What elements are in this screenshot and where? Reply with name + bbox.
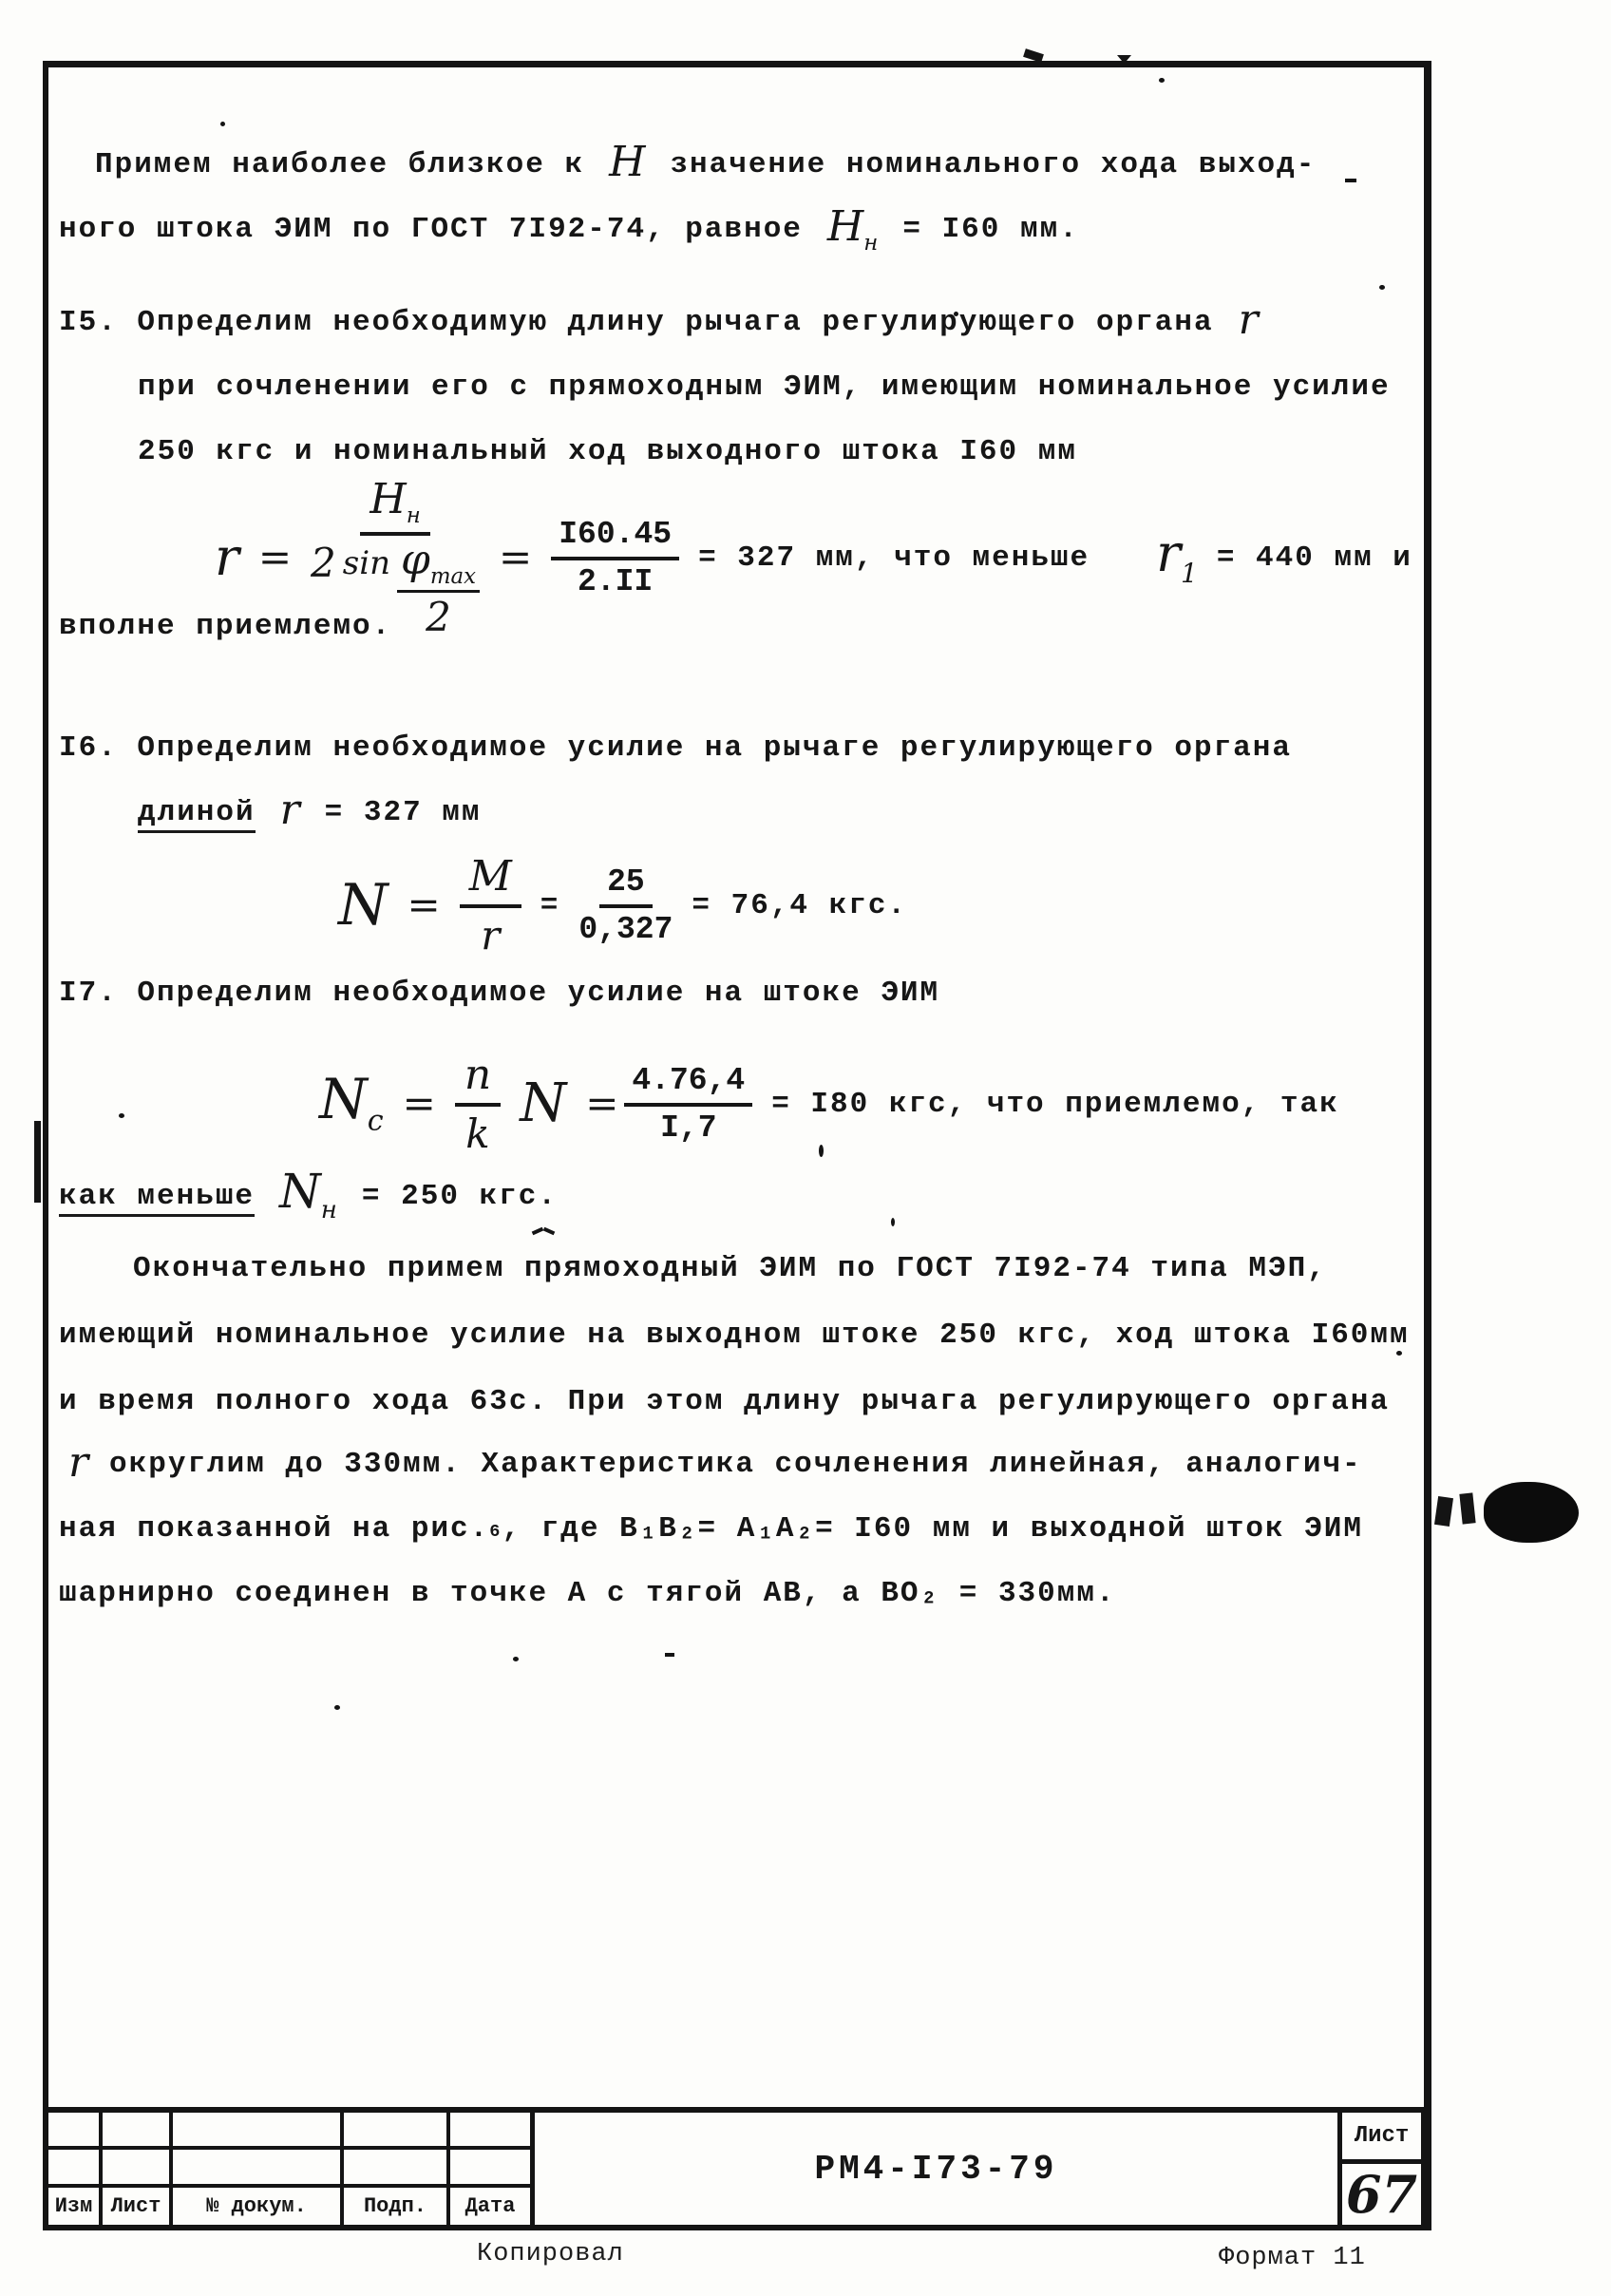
- symbol-r: r: [1156, 523, 1181, 583]
- smudged-letter: [1434, 1496, 1453, 1527]
- closing-line-4: r округлим до 330мм. Характеристика сочл…: [68, 1448, 1362, 1481]
- kopiroval-label: Копировал: [477, 2240, 624, 2268]
- subscript-c: c: [368, 1105, 384, 1138]
- column-header-izm: Изм: [48, 2188, 103, 2225]
- fraction-numerator: I60.45: [551, 517, 679, 560]
- item16-line-2: длиной r = 327 мм: [138, 796, 482, 833]
- scan-speck: [334, 1705, 340, 1710]
- format-label: Формат 11: [1219, 2244, 1366, 2272]
- symbol-N-nominal: Nн: [279, 1191, 337, 1210]
- equals-sign: =: [258, 538, 292, 578]
- document-number-cell: РМ4-I73-79: [535, 2113, 1337, 2225]
- symbol-phi: φ: [401, 536, 430, 584]
- formula16-lhs-N: N: [338, 877, 389, 934]
- item17-text: = 250 кгс.: [362, 1180, 558, 1213]
- frame-right: [1424, 61, 1431, 2230]
- formula15-result: = 327 мм, что меньше: [698, 541, 1090, 575]
- title-block: Изм Лист № докум. Подп. Дата РМ4-I73-79 …: [43, 2107, 1427, 2230]
- item15-line-4: вполне приемлемо.: [59, 610, 391, 643]
- subscript-n: н: [863, 231, 878, 256]
- intro-text: Примем наиболее близкое к: [95, 148, 584, 181]
- subscript-max: max: [430, 564, 476, 589]
- intro-text: ного штока ЭИМ по ГОСТ 7I92-74, равное: [59, 213, 803, 246]
- closing-line-1: Окончательно примем прямоходный ЭИМ по Г…: [133, 1252, 1327, 1285]
- item16-text: длиной: [138, 796, 256, 833]
- item15-line-3: 250 кгс и номинальный ход выходного шток…: [138, 435, 1077, 468]
- fraction-25-over-0327: 25 0,327: [578, 864, 673, 947]
- sheet-cell: Лист 67: [1337, 2113, 1421, 2225]
- fraction-denominator: I,7: [660, 1107, 716, 1146]
- fraction-denominator: 0,327: [578, 908, 673, 947]
- revision-cell: [450, 2150, 530, 2189]
- formula-lever-length: r = Hн 2 sin φmax 2 = I60.45 2.II = 327 …: [215, 486, 1412, 629]
- intro-line-1: Примем наиболее близкое к H значение ном…: [95, 148, 1316, 181]
- symbol-N: N: [520, 1077, 566, 1130]
- fraction-M-over-r: M r: [460, 852, 521, 958]
- scan-speck: [891, 1218, 895, 1226]
- formula15-lhs-r: r: [215, 532, 239, 583]
- denominator-2: 2: [426, 593, 451, 640]
- fraction-denominator: 2.II: [578, 560, 653, 599]
- coefficient-2: 2: [311, 540, 336, 586]
- formula17-lhs-Nc: Nc: [319, 1072, 384, 1136]
- symbol-H-nominal: Hн: [827, 227, 878, 243]
- revision-cell: [450, 2113, 530, 2150]
- scan-mark: [34, 1121, 41, 1203]
- ink-blob: [1484, 1482, 1579, 1543]
- formula-lever-force: N = M r = 25 0,327 = 76,4 кгс.: [338, 844, 907, 967]
- symbol-H: H: [370, 475, 406, 523]
- scanned-document-page: Примем наиболее близкое к H значение ном…: [0, 0, 1611, 2296]
- equals-sign: =: [585, 1084, 618, 1124]
- sheet-number: 67: [1342, 2164, 1421, 2225]
- scan-speck: [665, 1653, 674, 1657]
- item17-line-1: I7. Определим необходимое усилие на шток…: [59, 977, 939, 1010]
- symbol-k: k: [465, 1107, 489, 1157]
- revision-cell: [344, 2150, 450, 2189]
- frame-top: [43, 61, 1430, 67]
- symbol-M: M: [460, 852, 521, 908]
- subscript-n: н: [407, 503, 421, 528]
- symbol-n: n: [455, 1051, 501, 1107]
- revision-cell: [173, 2113, 344, 2150]
- revision-cell: [103, 2113, 173, 2150]
- fraction-n-over-k: n k: [455, 1051, 501, 1157]
- symbol-N: N: [319, 1067, 368, 1131]
- revision-cell: [48, 2113, 103, 2150]
- symbol-r1: r1: [1156, 528, 1198, 587]
- correction-caret: [543, 1227, 556, 1236]
- closing-line-2: имеющий номинальное усилие на выходном ш…: [59, 1319, 1410, 1352]
- fraction-160-45-over-2-11: I60.45 2.II: [551, 517, 679, 599]
- sheet-label: Лист: [1342, 2113, 1421, 2164]
- closing-text: , где В₁В₂= А₁А₂= I60 мм и выходной шток…: [502, 1512, 1363, 1546]
- scan-speck: [1159, 78, 1165, 83]
- closing-text: округлим до 330мм. Характеристика сочлен…: [109, 1448, 1362, 1481]
- revision-table: Изм Лист № докум. Подп. Дата: [48, 2113, 535, 2225]
- closing-line-3: и время полного хода 63с. При этом длину…: [59, 1385, 1390, 1418]
- intro-text: = I60 мм.: [902, 213, 1078, 246]
- revision-cell: [103, 2150, 173, 2189]
- item17-line-2: как меньше Nн = 250 кгс.: [59, 1180, 558, 1217]
- fraction-476-over-17: 4.76,4 I,7: [624, 1063, 752, 1146]
- scan-speck: [1379, 285, 1385, 290]
- symbol-r: r: [481, 908, 500, 958]
- column-header-data: Дата: [450, 2188, 530, 2225]
- document-number: РМ4-I73-79: [814, 2150, 1057, 2189]
- equals-sign: =: [540, 889, 560, 922]
- subscript-1: 1: [1181, 558, 1198, 589]
- scan-speck: [220, 122, 225, 126]
- closing-line-5: ная показанной на рис. 6 , где В₁В₂= А₁А…: [59, 1512, 1363, 1546]
- equals-sign: =: [403, 1084, 436, 1124]
- figure-6-reference: 6: [489, 1522, 502, 1542]
- formula15-tail: = 440 мм и: [1217, 541, 1412, 575]
- column-header-docnum: № докум.: [173, 2188, 344, 2225]
- frame-left: [43, 61, 48, 2230]
- column-header-podp: Подп.: [344, 2188, 450, 2225]
- item15-line-2: при сочленении его с прямоходным ЭИМ, им…: [138, 370, 1391, 404]
- fraction-numerator: Hн: [360, 475, 429, 536]
- sin-function: sin: [343, 544, 390, 582]
- closing-text: ная показанной на рис.: [59, 1512, 489, 1546]
- item15-text: I5. Определим необходимую длину рычага р…: [59, 306, 1214, 339]
- phi-max: φmax: [397, 536, 480, 593]
- fraction-numerator: 4.76,4: [624, 1063, 752, 1107]
- column-header-list: Лист: [103, 2188, 173, 2225]
- revision-cell: [173, 2150, 344, 2189]
- fraction-phi-max-over-2: φmax 2: [397, 536, 480, 640]
- item15-line-1: I5. Определим необходимую длину рычага р…: [59, 306, 1283, 339]
- smudged-letter: [1459, 1492, 1475, 1524]
- scan-speck: [1345, 179, 1356, 182]
- scan-speck: [119, 1113, 124, 1118]
- intro-text: значение номинального хода выход-: [670, 148, 1316, 181]
- equals-sign: =: [407, 885, 441, 925]
- subscript-n: н: [321, 1196, 337, 1224]
- closing-line-6: шарнирно соединен в точке А с тягой АВ, …: [59, 1577, 1116, 1610]
- item17-text: как меньше: [59, 1180, 255, 1217]
- item16-text: = 327 мм: [325, 796, 482, 829]
- fraction-numerator: 25: [599, 864, 653, 908]
- formula17-result: = I80 кгс, что приемлемо, так: [771, 1088, 1339, 1121]
- intro-line-2: ного штока ЭИМ по ГОСТ 7I92-74, равное H…: [59, 213, 1079, 246]
- revision-cell: [344, 2113, 450, 2150]
- symbol-H: H: [827, 202, 863, 251]
- item16-line-1: I6. Определим необходимое усилие на рыча…: [59, 731, 1292, 765]
- correction-caret: [532, 1227, 544, 1236]
- scan-speck: [513, 1657, 519, 1661]
- formula16-result: = 76,4 кгс.: [692, 889, 907, 922]
- equals-sign: =: [499, 538, 532, 578]
- symbol-N: N: [279, 1164, 321, 1219]
- revision-cell: [48, 2150, 103, 2189]
- formula-rod-force: Nc = n k N = 4.76,4 I,7 = I80 кгс, что п…: [319, 1037, 1339, 1170]
